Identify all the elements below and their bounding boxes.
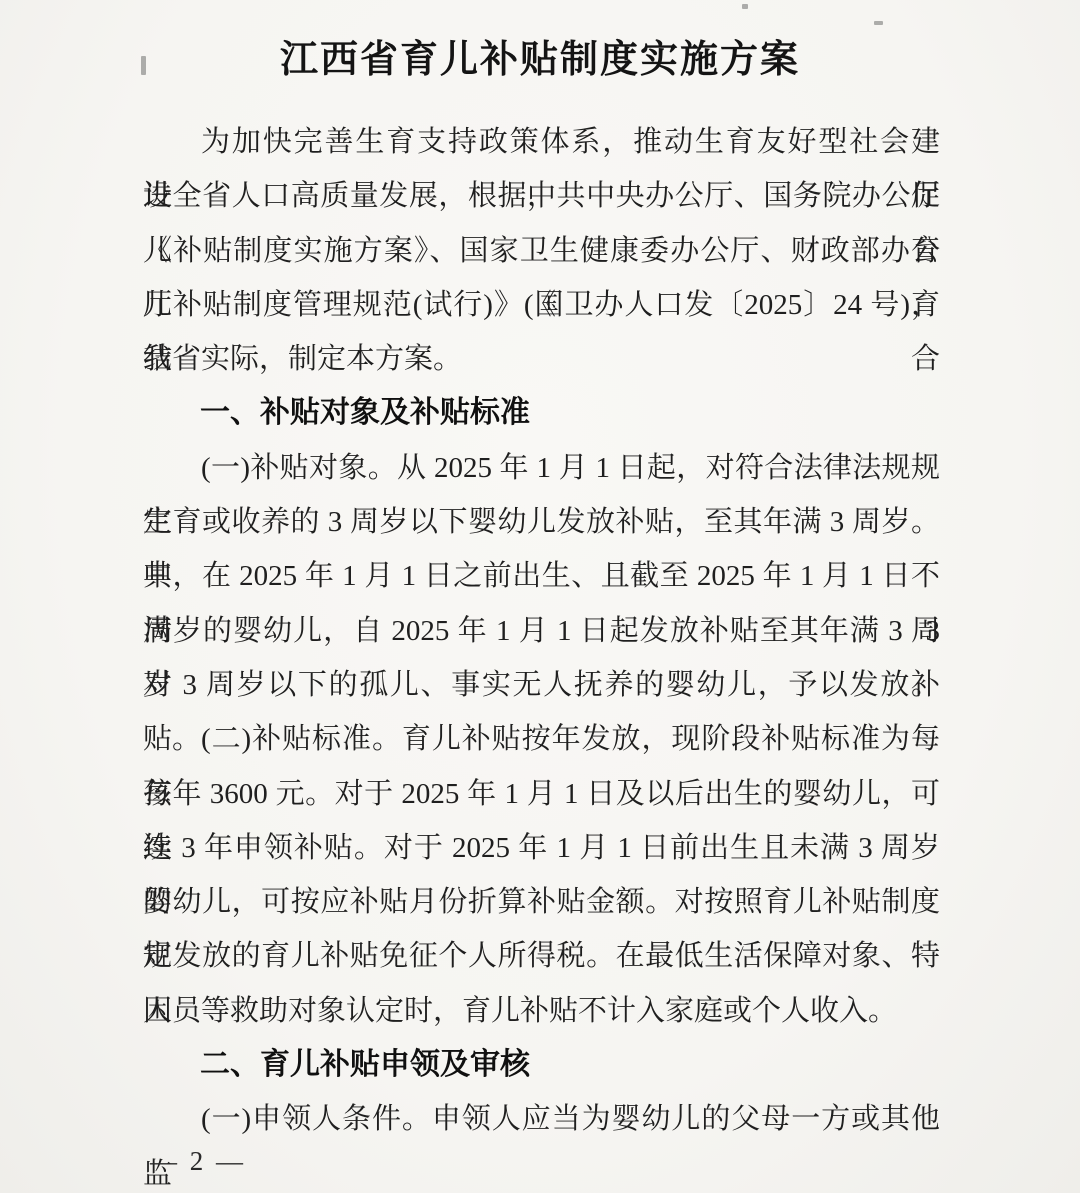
text-line: (一)补贴对象。从 2025 年 1 月 1 日起，对符合法律法规规定 [143,441,940,495]
document-body: 为加快完善生育支持政策体系，推动生育友好型社会建设，促 进全省人口高质量发展，根… [143,115,940,1147]
text-line: 中，在 2025 年 1 月 1 日之前出生、且截至 2025 年 1 月 1 … [143,549,940,603]
paragraph-applicant: (一)申领人条件。申领人应当为婴幼儿的父母一方或其他监 [143,1092,940,1146]
section-heading-1: 一、补贴对象及补贴标准 [143,386,940,440]
scan-artifact [874,21,883,25]
text-line: 周岁的婴幼儿，自 2025 年 1 月 1 日起发放补贴至其年满 3 周岁。 [143,604,940,658]
text-line: (一)申领人条件。申领人应当为婴幼儿的父母一方或其他监 [143,1092,940,1146]
text-line: 定发放的育儿补贴免征个人所得税。在最低生活保障对象、特困 [143,929,940,983]
text-line: 每年 3600 元。对于 2025 年 1 月 1 日及以后出生的婴幼儿，可连 [143,767,940,821]
scanned-document-page: 江西省育儿补贴制度实施方案 为加快完善生育支持政策体系，推动生育友好型社会建设，… [0,0,1080,1193]
paragraph-intro: 为加快完善生育支持政策体系，推动生育友好型社会建设，促 进全省人口高质量发展，根… [143,115,940,386]
text-line: 生育或收养的 3 周岁以下婴幼儿发放补贴，至其年满 3 周岁。其 [143,495,940,549]
page-number: — 2 — [150,1146,246,1177]
document-title: 江西省育儿补贴制度实施方案 [0,28,1080,83]
text-line: 续 3 年申领补贴。对于 2025 年 1 月 1 日前出生且未满 3 周岁的 [143,821,940,875]
paragraph-subsidy-target: (一)补贴对象。从 2025 年 1 月 1 日起，对符合法律法规规定 生育或收… [143,441,940,712]
text-line: 为加快完善生育支持政策体系，推动生育友好型社会建设，促 [143,115,940,169]
text-line: 儿补贴制度实施方案》、国家卫生健康委办公厅、财政部办公厅《育 [143,224,940,278]
text-line: 人员等救助对象认定时，育儿补贴不计入家庭或个人收入。 [143,984,940,1038]
text-line: 对 3 周岁以下的孤儿、事实无人抚养的婴幼儿，予以发放补贴。 [143,658,940,712]
scan-artifact [742,4,748,9]
text-line: (二)补贴标准。育儿补贴按年发放，现阶段补贴标准为每孩 [143,712,940,766]
text-line: 儿补贴制度管理规范(试行)》(国卫办人口发〔2025〕24 号)，结合 [143,278,940,332]
text-line: 进全省人口高质量发展，根据中共中央办公厅、国务院办公厅《育 [143,169,940,223]
section-heading-2: 二、育儿补贴申领及审核 [143,1038,940,1092]
text-line: 婴幼儿，可按应补贴月份折算补贴金额。对按照育儿补贴制度规 [143,875,940,929]
paragraph-subsidy-standard: (二)补贴标准。育儿补贴按年发放，现阶段补贴标准为每孩 每年 3600 元。对于… [143,712,940,1038]
